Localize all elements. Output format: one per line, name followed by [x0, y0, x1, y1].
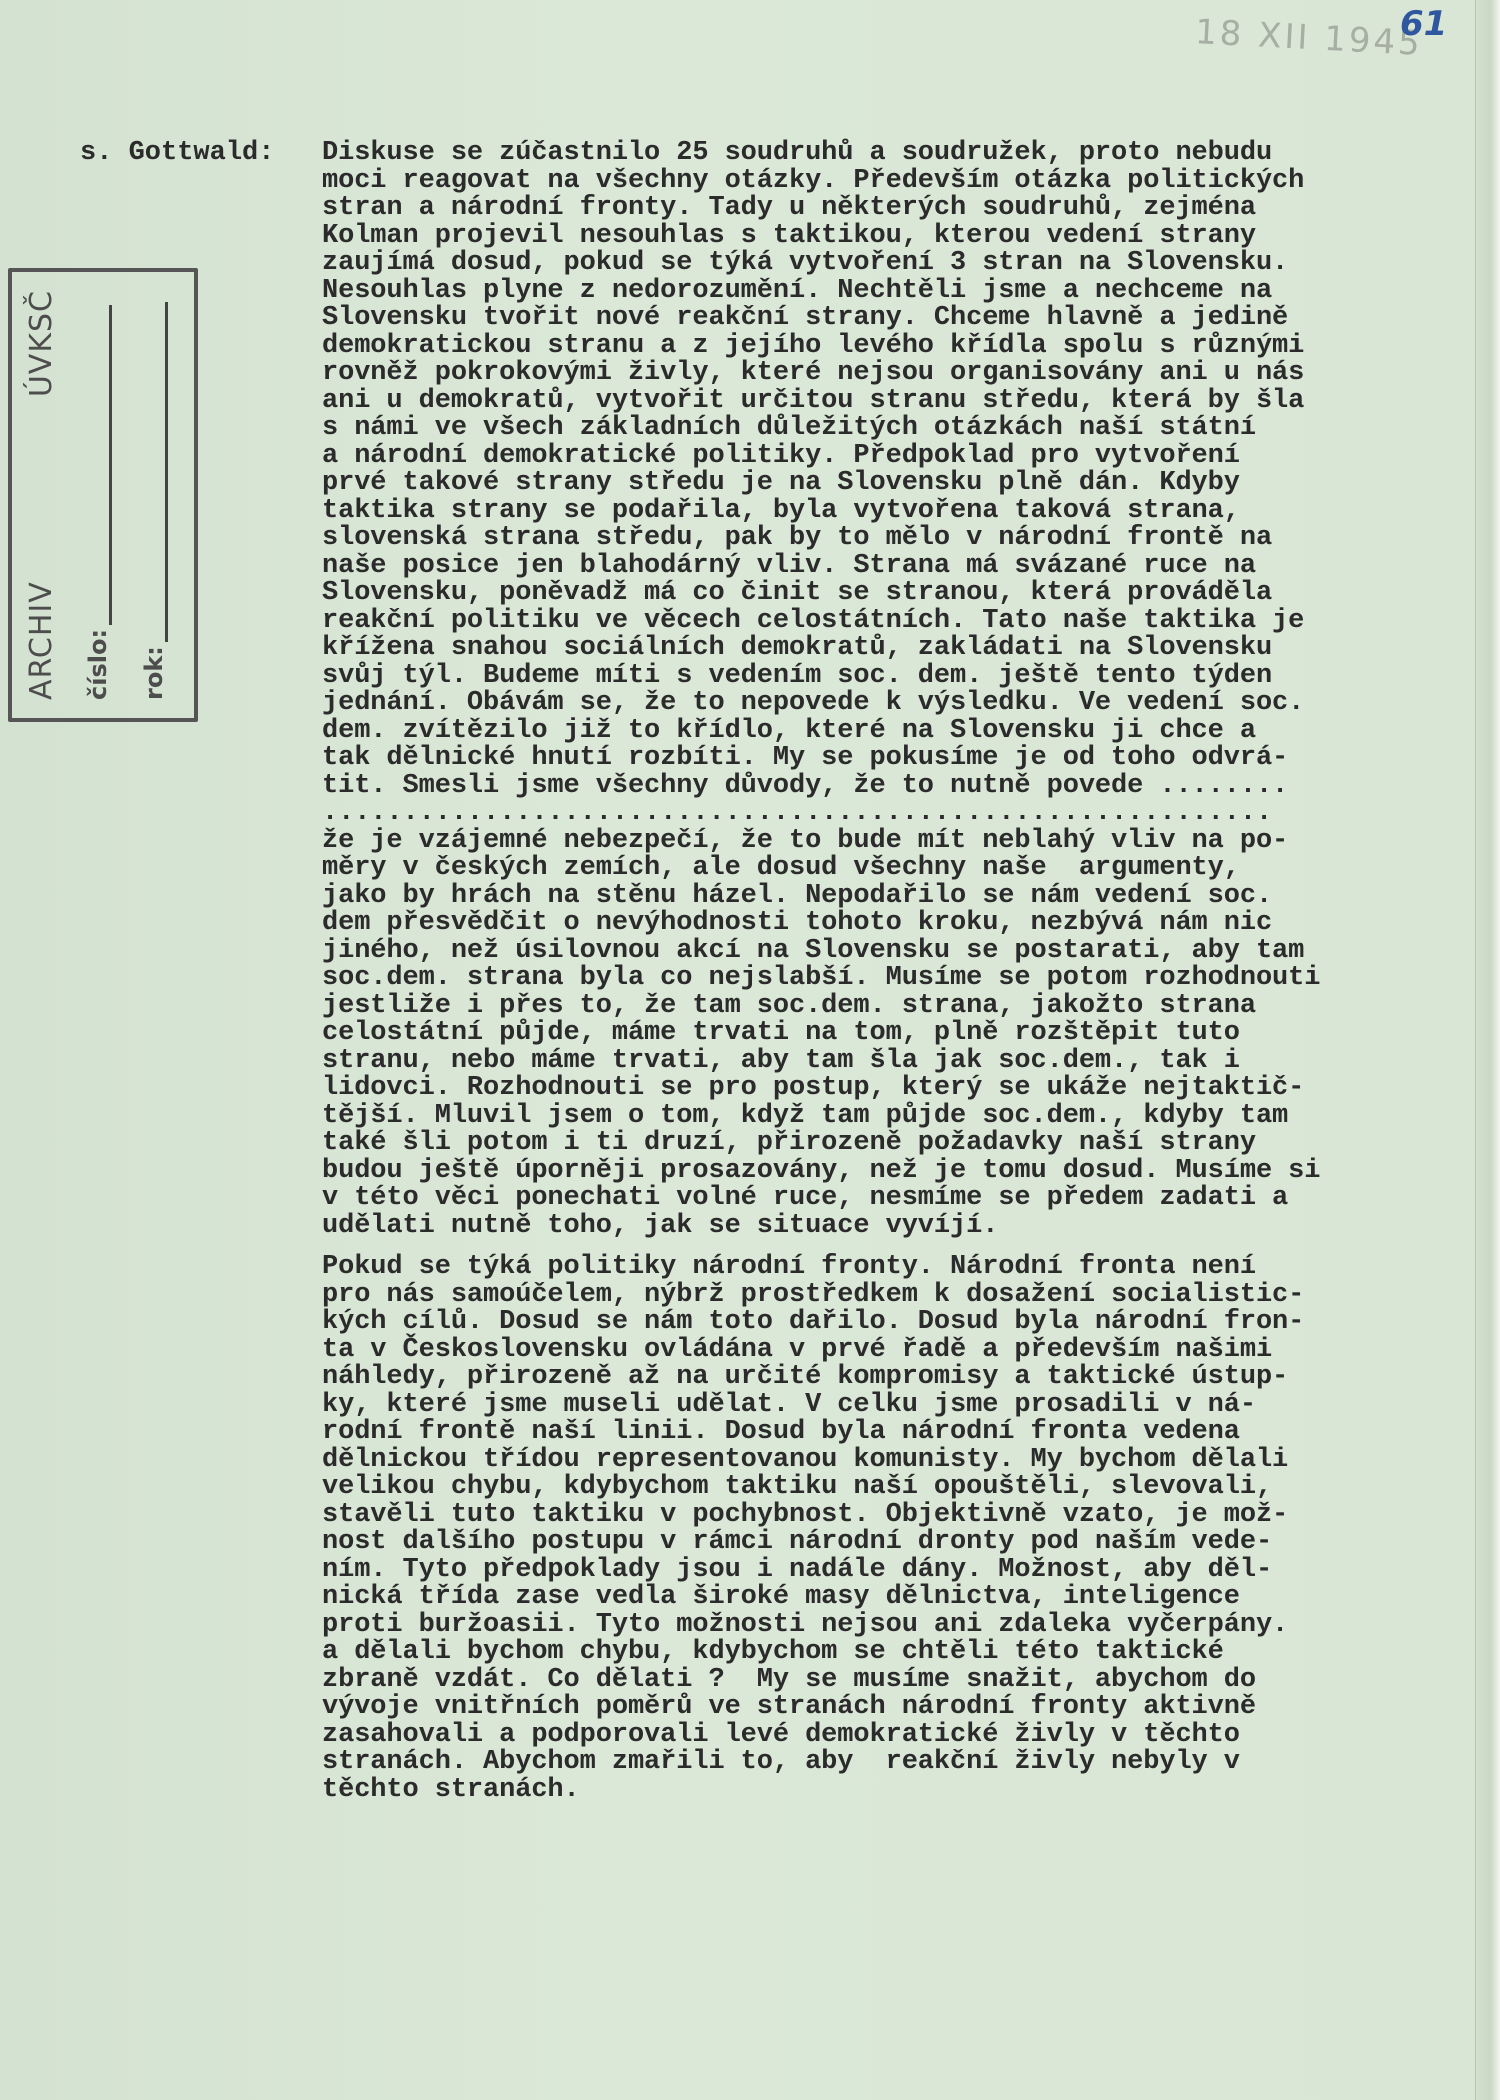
text-line: nická třída zase vedla široké masy dělni… [322, 1584, 1482, 1612]
text-line: taktika strany se podařila, byla vytvoře… [322, 498, 1482, 526]
text-line: stranách. Abychom zmařili to, aby reakčn… [322, 1749, 1482, 1777]
archive-stamp: ARCHIV ÚVKSČ číslo: rok: [8, 268, 198, 722]
text-line: zaujímá dosud, pokud se týká vytvoření 3… [322, 250, 1482, 278]
text-line: ním. Tyto předpoklady jsou i nadále dány… [322, 1557, 1482, 1585]
text-line: křížena snahou sociálních demokratů, zak… [322, 635, 1482, 663]
text-line: proti buržoasii. Tyto možnosti nejsou an… [322, 1612, 1482, 1640]
text-line: celostátní půjde, máme trvati na tom, pl… [322, 1020, 1482, 1048]
stamp-title-uvksc: ÚVKSČ [24, 290, 59, 397]
text-line: Diskuse se zúčastnilo 25 soudruhů a soud… [322, 140, 1482, 168]
text-line: slovenská strana středu, pak by to mělo … [322, 525, 1482, 553]
text-line: zbraně vzdát. Co dělati ? My se musíme s… [322, 1667, 1482, 1695]
text-line: vývoje vnitřních poměrů ve stranách náro… [322, 1694, 1482, 1722]
text-line: prvé takové strany středu je na Slovensk… [322, 470, 1482, 498]
text-line: stranu, nebo máme trvati, aby tam šla ja… [322, 1048, 1482, 1076]
stamp-title-archiv: ARCHIV [24, 581, 59, 700]
text-line: zasahovali a podporovali levé demokratic… [322, 1722, 1482, 1750]
text-line: lidovci. Rozhodnouti se pro postup, kter… [322, 1075, 1482, 1103]
text-line: také šli potom i ti druzí, přirozeně pož… [322, 1130, 1482, 1158]
text-line: tak dělnické hnutí rozbíti. My se pokusí… [322, 745, 1482, 773]
text-line: jako by hrách na stěnu házel. Nepodařilo… [322, 883, 1482, 911]
text-line: stavěli tuto taktiku v pochybnost. Objek… [322, 1502, 1482, 1530]
text-line: udělati nutně toho, jak se situace vyvíj… [322, 1213, 1482, 1241]
text-line: ta v Československu ovládána v prvé řadě… [322, 1337, 1482, 1365]
text-line: Slovensku, poněvadž má co činit se stran… [322, 580, 1482, 608]
text-line: Kolman projevil nesouhlas s taktikou, kt… [322, 223, 1482, 251]
text-line: reakční politiku ve věcech celostátních.… [322, 608, 1482, 636]
text-line: Nesouhlas plyne z nedorozumění. Nechtěli… [322, 278, 1482, 306]
text-line: ........................................… [322, 800, 1482, 828]
stamp-year-label: rok: [140, 646, 168, 700]
text-line: jiného, než úsilovnou akcí na Slovensku … [322, 938, 1482, 966]
text-line: demokratickou stranu a z jejího levého k… [322, 333, 1482, 361]
paragraph: Pokud se týká politiky národní fronty. N… [322, 1254, 1482, 1804]
folio-number: 61 [1400, 4, 1447, 44]
text-line: a národní demokratické politiky. Předpok… [322, 443, 1482, 471]
text-line: kých cílů. Dosud se nám toto dařilo. Dos… [322, 1309, 1482, 1337]
text-line: a dělali bychom chybu, kdybychom se chtě… [322, 1639, 1482, 1667]
text-line: dem přesvědčit o nevýhodnosti tohoto kro… [322, 910, 1482, 938]
text-line: že je vzájemné nebezpečí, že to bude mít… [322, 828, 1482, 856]
stamp-year-line [143, 302, 168, 642]
paragraph: Diskuse se zúčastnilo 25 soudruhů a soud… [322, 140, 1482, 1240]
text-line: měry v českých zemích, ale dosud všechny… [322, 855, 1482, 883]
text-line: ani u demokratů, vytvořit určitou stranu… [322, 388, 1482, 416]
text-line: soc.dem. strana byla co nejslabší. Musím… [322, 965, 1482, 993]
text-line: Pokud se týká politiky národní fronty. N… [322, 1254, 1482, 1282]
text-line: Slovensku tvořit nové reakční strany. Ch… [322, 305, 1482, 333]
text-line: tit. Smesli jsme všechny důvody, že to n… [322, 773, 1482, 801]
document-page: 18 XII 1945 61 ARCHIV ÚVKSČ číslo: rok: … [0, 0, 1500, 2100]
speaker-label: s. Gottwald: [80, 140, 274, 168]
text-line: ky, které jsme museli udělat. V celku js… [322, 1392, 1482, 1420]
text-line: svůj týl. Budeme míti s vedením soc. dem… [322, 663, 1482, 691]
text-line: dem. zvítězilo již to křídlo, které na S… [322, 718, 1482, 746]
text-line: náhledy, přirozeně až na určité kompromi… [322, 1364, 1482, 1392]
text-line: moci reagovat na všechny otázky. Předevš… [322, 168, 1482, 196]
text-line: stran a národní fronty. Tady u některých… [322, 195, 1482, 223]
text-line: budou ještě úporněji prosazovány, než je… [322, 1158, 1482, 1186]
stamp-number-label: číslo: [84, 629, 112, 700]
text-line: dělnickou třídou representovanou komunis… [322, 1447, 1482, 1475]
text-line: rovněž pokrokovými živly, které nejsou o… [322, 360, 1482, 388]
text-line: těchto stranách. [322, 1777, 1482, 1805]
speech-body: Diskuse se zúčastnilo 25 soudruhů a soud… [322, 140, 1482, 1804]
text-line: s námi ve všech základních důležitých ot… [322, 415, 1482, 443]
pencil-date-annotation: 18 XII 1945 [1194, 12, 1424, 64]
text-line: velikou chybu, kdybychom taktiku naší op… [322, 1474, 1482, 1502]
text-line: nost dalšího postupu v rámci národní dro… [322, 1529, 1482, 1557]
text-line: tější. Mluvil jsem o tom, když tam půjde… [322, 1103, 1482, 1131]
text-line: naše posice jen blahodárný vliv. Strana … [322, 553, 1482, 581]
text-line: v této věci ponechati volné ruce, nesmím… [322, 1185, 1482, 1213]
text-line: jestliže i přes to, že tam soc.dem. stra… [322, 993, 1482, 1021]
stamp-number-line [87, 305, 112, 625]
text-line: rodní frontě naší linii. Dosud byla náro… [322, 1419, 1482, 1447]
text-line: jednání. Obávám se, že to nepovede k výs… [322, 690, 1482, 718]
text-line: pro nás samoúčelem, nýbrž prostředkem k … [322, 1282, 1482, 1310]
